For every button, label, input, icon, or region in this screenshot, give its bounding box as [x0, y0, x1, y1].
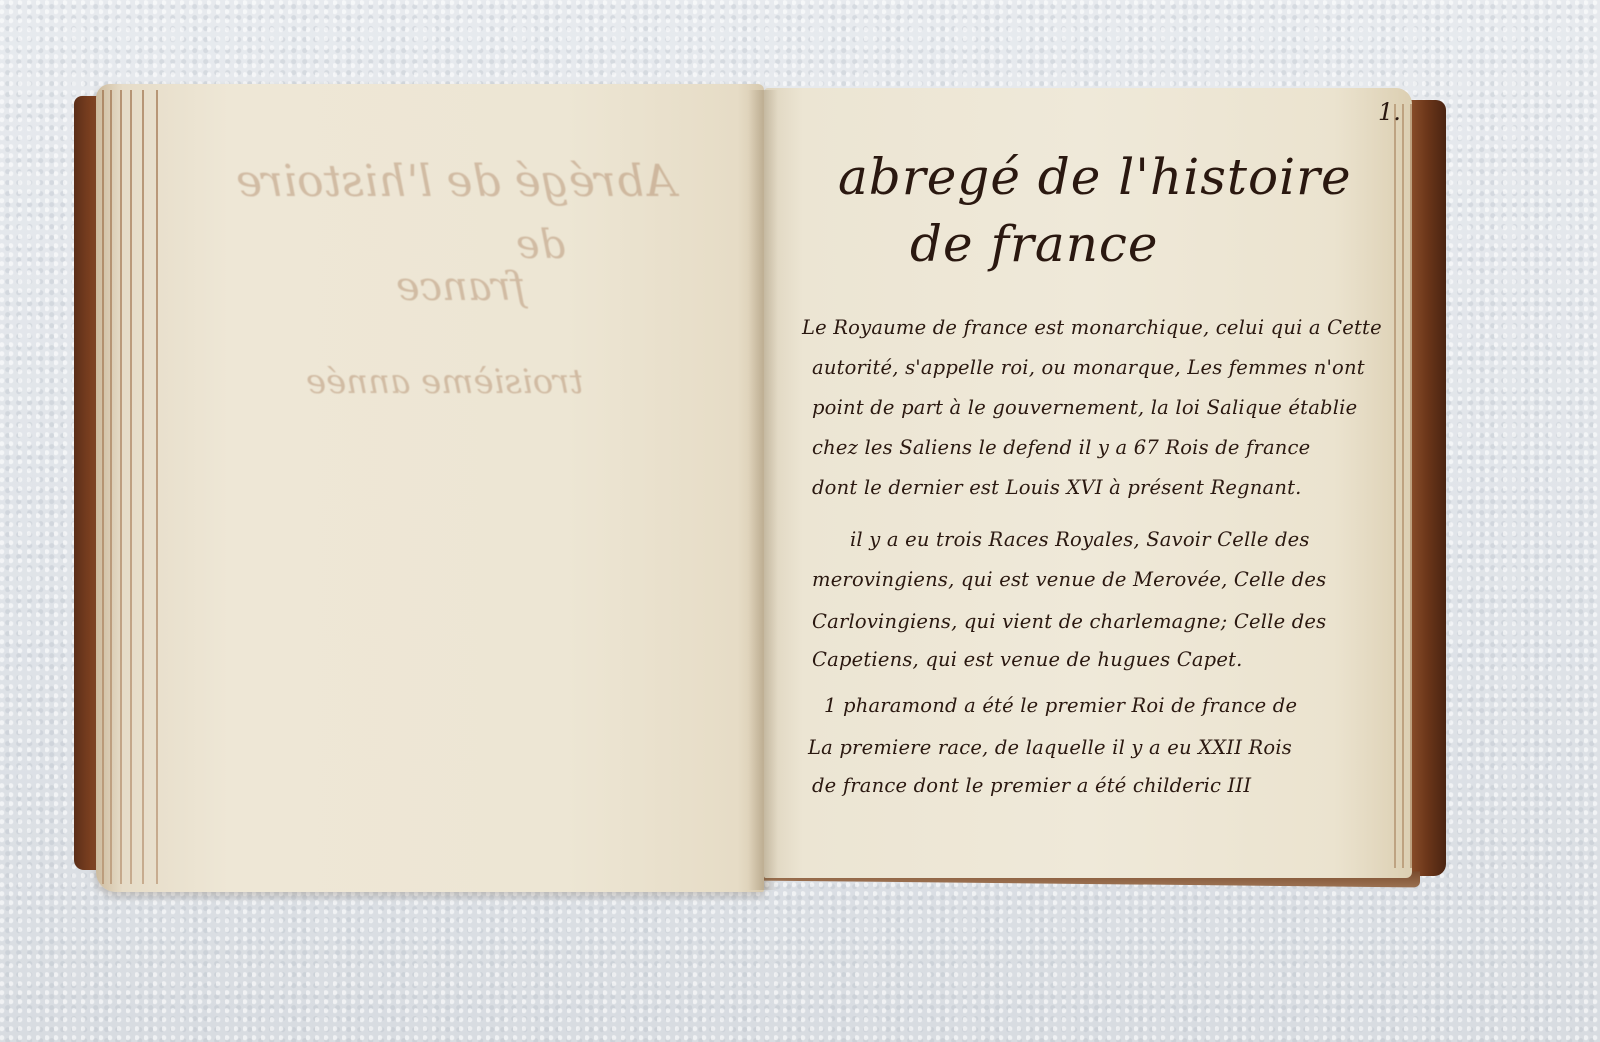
text-line: dont le dernier est Louis XVI à présent … [812, 476, 1302, 499]
text-line: il y a eu trois Races Royales, Savoir Ce… [850, 528, 1310, 551]
open-manuscript: Abrégé de l'histoire de france troisième… [0, 0, 1600, 1042]
page-edge-line [1394, 104, 1396, 868]
text-line: Capetiens, qui est venue de hugues Capet… [812, 648, 1243, 671]
bleed-through-title: Abrégé de l'histoire [236, 156, 676, 207]
page-edge-line [156, 90, 158, 884]
text-line: Carlovingiens, qui vient de charlemagne;… [812, 610, 1326, 633]
leather-cover-right-edge [1410, 100, 1446, 876]
page-edge-line [102, 90, 104, 884]
page-edge-line [142, 90, 144, 884]
page-number: 1. [1378, 98, 1401, 126]
text-line: de france dont le premier a été childeri… [812, 774, 1251, 797]
text-line: autorité, s'appelle roi, ou monarque, Le… [812, 356, 1365, 379]
page-edge-line [130, 90, 132, 884]
page-edge-line [110, 90, 112, 884]
bleed-through-france: france [396, 264, 526, 310]
text-line: La premiere race, de laquelle il y a eu … [808, 736, 1292, 759]
manuscript-title-line-1: abregé de l'histoire [838, 148, 1352, 206]
page-edge-line [120, 90, 122, 884]
bleed-through-subtitle: troisième année [306, 362, 583, 402]
page-edge-line [1402, 104, 1404, 868]
text-line: 1 pharamond a été le premier Roi de fran… [824, 694, 1297, 717]
text-line: chez les Saliens le defend il y a 67 Roi… [812, 436, 1310, 459]
text-line: Le Royaume de france est monarchique, ce… [802, 316, 1382, 339]
page-edge-line [1410, 104, 1412, 868]
text-line: point de part à le gouvernement, la loi … [812, 396, 1357, 419]
left-page: Abrégé de l'histoire de france troisième… [96, 84, 764, 892]
manuscript-title-line-2: de france [910, 215, 1159, 273]
text-line: merovingiens, qui est venue de Merovée, … [812, 568, 1326, 591]
book-gutter [748, 90, 778, 890]
bleed-through-de: de [516, 222, 565, 268]
